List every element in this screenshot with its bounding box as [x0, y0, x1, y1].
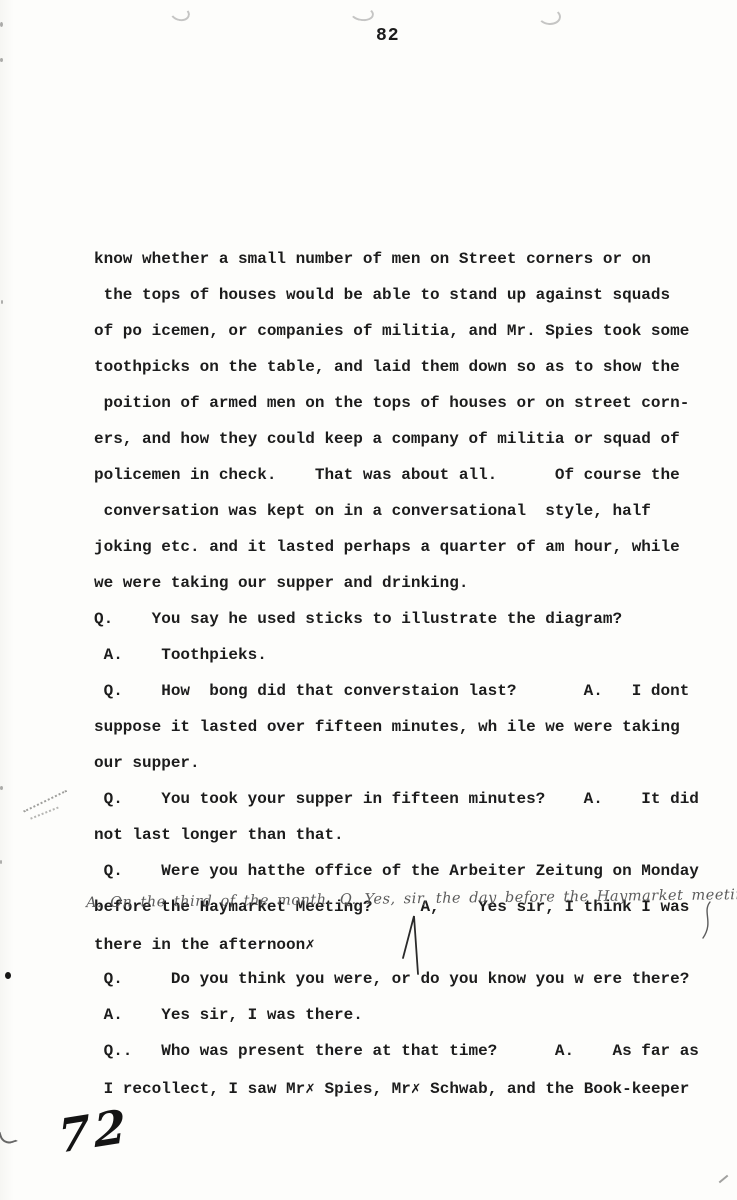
edge-speck — [0, 786, 3, 790]
typewritten-line: Q. How bong did that converstaion last? … — [94, 682, 714, 718]
page-number: 82 — [376, 26, 400, 46]
typewritten-line: of po icemen, or companies of militia, a… — [94, 322, 714, 358]
typewritten-line: joking etc. and it lasted perhaps a quar… — [94, 538, 714, 574]
typewritten-line: ers, and how they could keep a company o… — [94, 430, 714, 466]
edge-speck — [1, 300, 3, 304]
typewritten-line: suppose it lasted over fifteen minutes, … — [94, 718, 714, 754]
typewritten-line: not last longer than that. — [94, 826, 714, 862]
ink-smudge-icon — [537, 7, 561, 26]
typewritten-line: know whether a small number of men on St… — [94, 250, 714, 286]
typewritten-line: our supper. — [94, 754, 714, 790]
ink-smudge-icon — [168, 4, 191, 23]
typewritten-line: Q. You took your supper in fifteen minut… — [94, 790, 714, 826]
typewritten-line: the tops of houses would be able to stan… — [94, 286, 714, 322]
typewritten-line: A. Toothpieks. — [94, 646, 714, 682]
scanned-document-page: 82 know whether a small number of men on… — [0, 0, 737, 1200]
pen-flourish-mark — [698, 900, 716, 942]
margin-hook-mark — [0, 1126, 18, 1146]
typewritten-line: conversation was kept on in a conversati… — [94, 502, 714, 538]
edge-speck — [0, 58, 3, 62]
ink-dot — [5, 972, 11, 979]
insertion-caret-mark — [400, 912, 426, 978]
typewritten-line: poition of armed men on the tops of hous… — [94, 394, 714, 430]
typewritten-line: toothpicks on the table, and laid them d… — [94, 358, 714, 394]
corner-scratch-mark — [719, 1175, 729, 1184]
handwritten-folio-number: 72 — [57, 1098, 131, 1163]
typewritten-text-block: know whether a small number of men on St… — [94, 250, 714, 1114]
typewritten-line: policemen in check. That was about all. … — [94, 466, 714, 502]
edge-speck — [0, 22, 3, 27]
edge-speck — [0, 860, 2, 864]
typewritten-line: Q.. Who was present there at that time? … — [94, 1042, 714, 1078]
typewritten-line: we were taking our supper and drinking. — [94, 574, 714, 610]
typewritten-line: I recollect, I saw Mr✗ Spies, Mr✗ Schwab… — [94, 1078, 714, 1114]
typewritten-line: A. Yes sir, I was there. — [94, 1006, 714, 1042]
ink-smudge-icon — [349, 4, 375, 22]
typewritten-line: Q. You say he used sticks to illustrate … — [94, 610, 714, 646]
